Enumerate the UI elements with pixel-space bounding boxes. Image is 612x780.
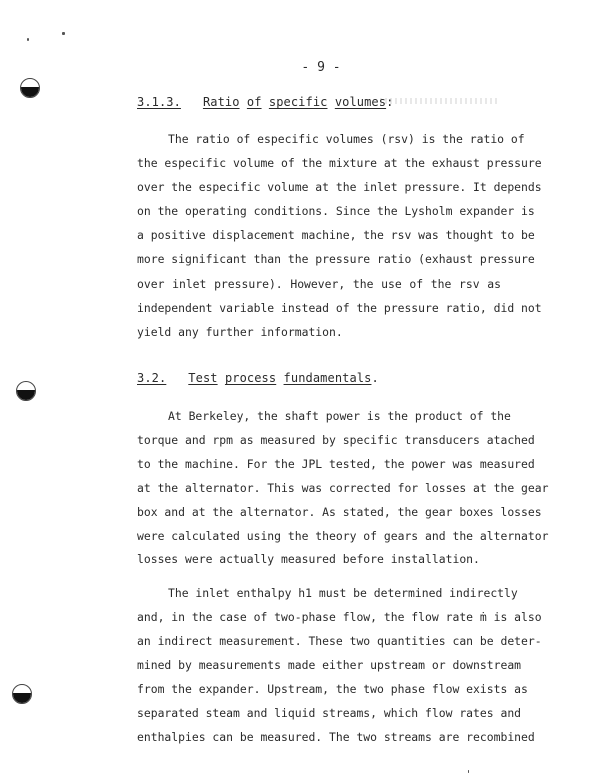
text-line: The inlet enthalpy h1 must be determined… — [168, 586, 501, 600]
scan-speck — [27, 38, 29, 41]
scan-speck — [62, 32, 65, 35]
hole-punch-icon — [20, 78, 40, 98]
heading-word: Test — [188, 371, 217, 385]
text-line: separated steam and liquid streams, whic… — [137, 706, 501, 720]
text-line: an indirect measurement. These two quant… — [137, 634, 501, 648]
heading-suffix: . — [371, 371, 378, 385]
text-line: At Berkeley, the shaft power is the prod… — [168, 409, 501, 423]
heading-word: specific — [269, 95, 328, 109]
text-line: yield any further information. — [137, 325, 501, 339]
text-line: mined by measurements made either upstre… — [137, 658, 501, 672]
text-line: enthalpies can be measured. The two stre… — [137, 730, 501, 744]
text-line: over the especific volume at the inlet p… — [137, 180, 501, 194]
hole-punch-icon — [12, 684, 32, 704]
document-page: - 9 - 3.1.3. Ratio of specific volumes: … — [0, 0, 612, 780]
text-line: more significant than the pressure ratio… — [137, 252, 501, 266]
text-line: at the alternator. This was corrected fo… — [137, 481, 501, 495]
page-number: - 9 - — [0, 60, 612, 75]
text-line: were calculated using the theory of gear… — [137, 529, 501, 543]
hole-punch-icon — [16, 381, 36, 401]
text-line: the especific volume of the mixture at t… — [137, 156, 501, 170]
heading-word: fundamentals — [284, 371, 372, 385]
heading-word: of — [247, 95, 262, 109]
text-line: independent variable instead of the pres… — [137, 301, 501, 315]
section-heading-3-1-3: 3.1.3. Ratio of specific volumes: — [137, 95, 393, 109]
text-line: torque and rpm as measured by specific t… — [137, 433, 501, 447]
text-line: on the operating conditions. Since the L… — [137, 204, 501, 218]
heading-word: volumes — [335, 95, 386, 109]
text-line: over inlet pressure). However, the use o… — [137, 277, 501, 291]
heading-suffix: : — [386, 95, 393, 109]
text-line: from the expander. Upstream, the two pha… — [137, 682, 501, 696]
text-line: and, in the case of two-phase flow, the … — [137, 610, 501, 624]
heading-word: process — [225, 371, 276, 385]
heading-word: Ratio — [203, 95, 240, 109]
section-number: 3.1.3. — [137, 95, 181, 109]
bleed-through-mark — [380, 98, 500, 104]
text-line: box and at the alternator. As stated, th… — [137, 505, 501, 519]
text-line: The ratio of especific volumes (rsv) is … — [168, 132, 501, 146]
scan-speck — [468, 770, 469, 773]
text-line: a positive displacement machine, the rsv… — [137, 228, 501, 242]
text-line: losses were actually measured before ins… — [137, 552, 501, 566]
text-line: to the machine. For the JPL tested, the … — [137, 457, 501, 471]
section-heading-3-2: 3.2. Test process fundamentals. — [137, 371, 379, 385]
section-number: 3.2. — [137, 371, 166, 385]
